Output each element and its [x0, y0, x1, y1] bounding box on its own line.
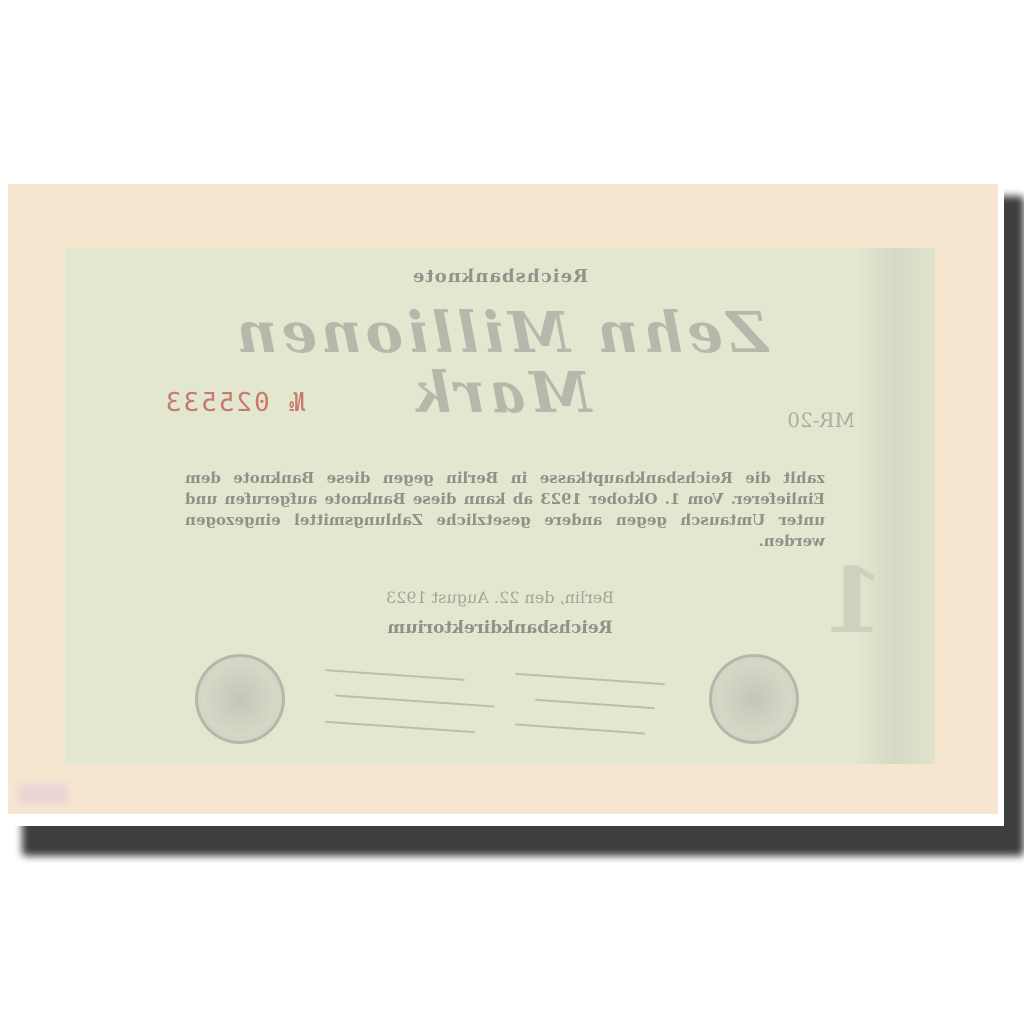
- signature-stroke: [335, 694, 495, 707]
- series-code: MR-20: [787, 408, 855, 432]
- paper-stain: [18, 784, 68, 804]
- signature-stroke: [325, 721, 475, 733]
- signature-stroke: [535, 699, 655, 709]
- issuer: Reichsbankdirektorium: [65, 618, 935, 638]
- issue-date: Berlin, den 22. August 1923: [65, 588, 935, 607]
- seal-icon: [195, 654, 285, 744]
- signature-stroke: [325, 669, 465, 681]
- banknote: Reichsbanknote Zehn Millionen Mark MR-20…: [8, 184, 998, 814]
- printed-area: Reichsbanknote Zehn Millionen Mark MR-20…: [65, 248, 935, 764]
- serial-number: № 025533: [164, 388, 305, 418]
- signature-stroke: [515, 723, 645, 734]
- signature-stroke: [515, 673, 665, 685]
- denomination-line1: Zehn Millionen: [65, 300, 935, 366]
- signatures: [305, 668, 665, 748]
- legal-text: zahlt die Reichsbankhauptkasse in Berlin…: [185, 468, 825, 552]
- seal-icon: [709, 654, 799, 744]
- large-numeral: 1: [822, 548, 885, 654]
- mirrored-print: Reichsbanknote Zehn Millionen Mark MR-20…: [65, 248, 935, 764]
- bank-name: Reichsbanknote: [65, 266, 935, 287]
